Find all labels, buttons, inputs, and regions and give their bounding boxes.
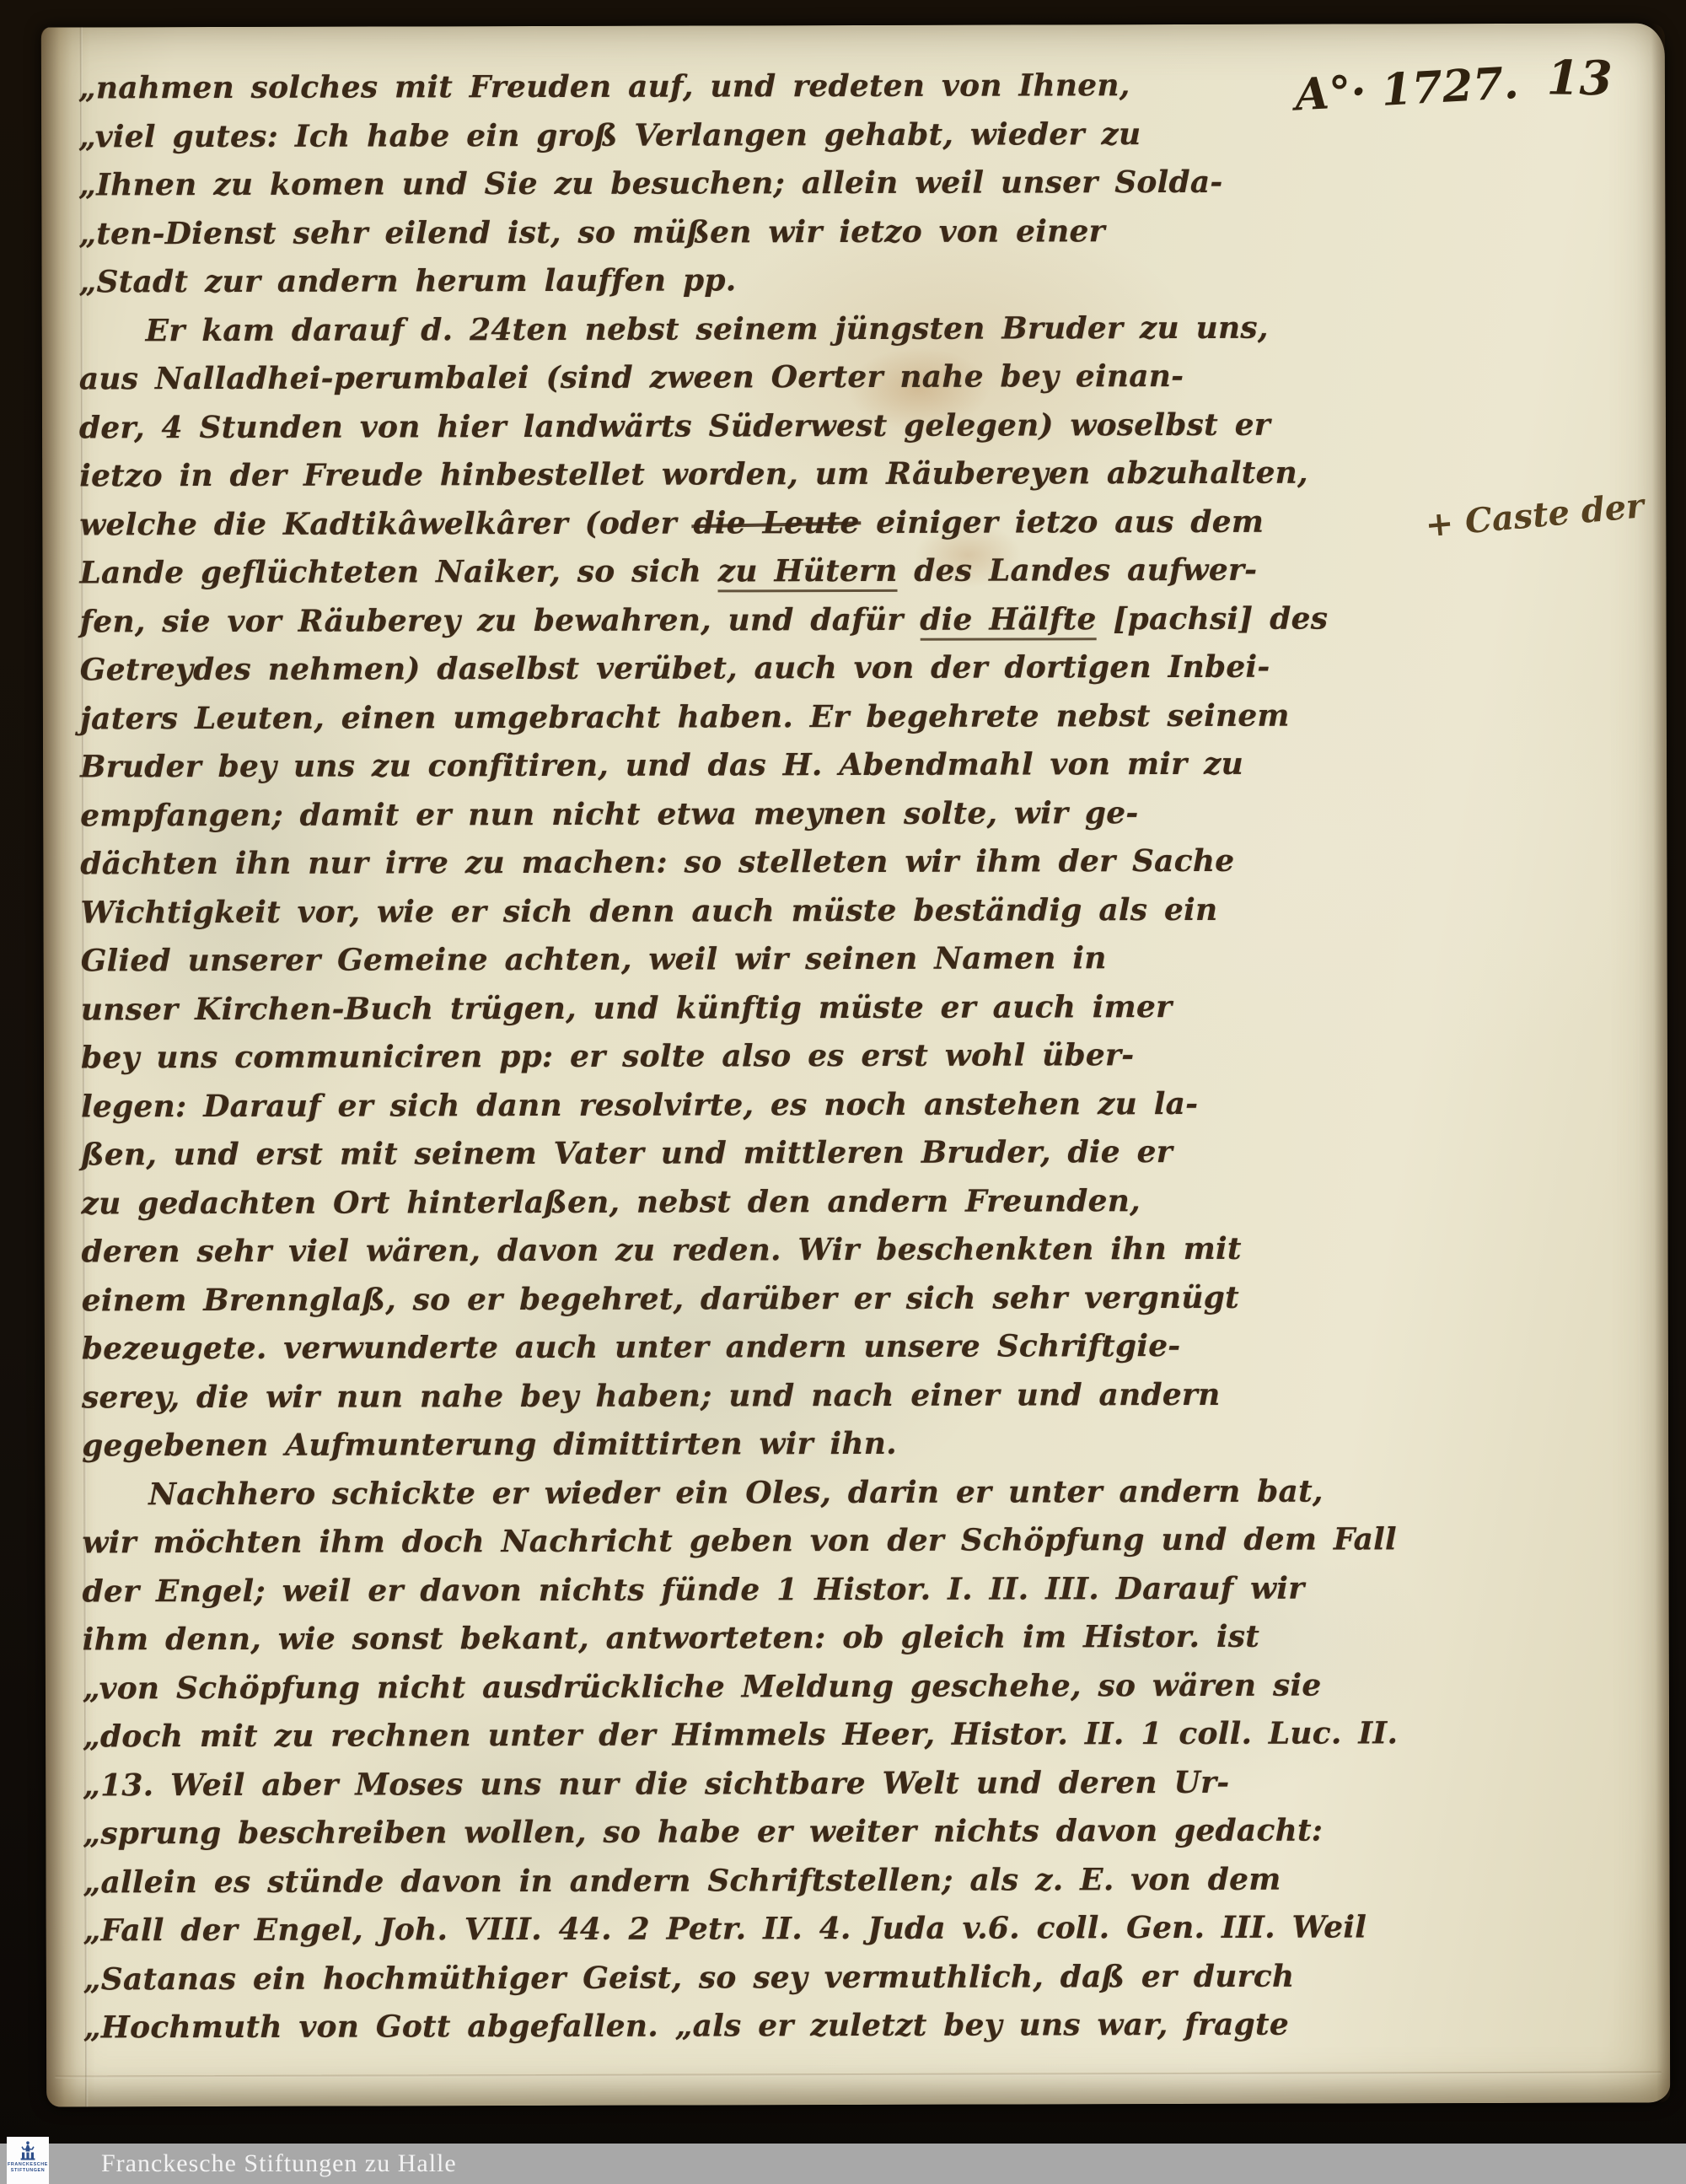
manuscript-line: serey, die wir nun nahe bey haben; und n… xyxy=(82,1370,1451,1423)
manuscript-line: der, 4 Stunden von hier landwärts Süderw… xyxy=(79,401,1448,453)
logo-line-2: STIFTUNGEN xyxy=(8,2168,48,2174)
manuscript-line: empfangen; damit er nun nicht etwa meyne… xyxy=(80,788,1449,841)
manuscript-line: Lande geflüchteten Naiker, so sich zu Hü… xyxy=(79,546,1448,598)
manuscript-line: ietzo in der Freude hinbestellet worden,… xyxy=(79,449,1448,501)
manuscript-line: „Hochmuth von Gott abgefallen. „als er z… xyxy=(83,2000,1452,2052)
footer-bar: Franckesche Stiftungen zu Halle FRANCKES… xyxy=(0,2144,1686,2184)
manuscript-line: bezeugete. verwunderte auch unter andern… xyxy=(82,1321,1451,1374)
institution-name: Franckesche Stiftungen zu Halle xyxy=(101,2149,457,2178)
manuscript-text: „nahmen solches mit Freuden auf, und red… xyxy=(78,61,1452,2052)
francke-monument-icon xyxy=(18,2140,38,2160)
manuscript-line: deren sehr viel wären, davon zu reden. W… xyxy=(82,1224,1451,1277)
paper-edge-shadow xyxy=(1651,23,1670,2102)
manuscript-line: „viel gutes: Ich habe ein groß Verlangen… xyxy=(78,110,1447,162)
manuscript-line: „nahmen solches mit Freuden auf, und red… xyxy=(78,61,1447,113)
manuscript-page: A°· 1727.13 „nahmen solches mit Freuden … xyxy=(41,23,1670,2106)
manuscript-line: „doch mit zu rechnen unter der Himmels H… xyxy=(83,1709,1452,1762)
logo-text: FRANCKESCHE STIFTUNGEN xyxy=(8,2162,48,2174)
manuscript-line: Er kam darauf d. 24ten nebst seinem jüng… xyxy=(79,304,1448,356)
manuscript-line: welche die Kadtikâwelkârer (oder die Leu… xyxy=(79,498,1448,550)
manuscript-line: Nachhero schickte er wieder ein Oles, da… xyxy=(82,1467,1451,1520)
manuscript-line: Wichtigkeit vor, wie er sich denn auch m… xyxy=(80,885,1449,938)
manuscript-line: jaters Leuten, einen umgebracht haben. E… xyxy=(80,691,1449,744)
logo-line-1: FRANCKESCHE xyxy=(8,2162,48,2168)
manuscript-line: „Satanas ein hochmüthiger Geist, so sey … xyxy=(83,1952,1452,2004)
margin-note: + Caste der xyxy=(1424,486,1646,545)
manuscript-line: „von Schöpfung nicht ausdrückliche Meldu… xyxy=(83,1661,1452,1713)
manuscript-line: bey uns communiciren pp: er solte also e… xyxy=(81,1030,1450,1083)
manuscript-line: ßen, und erst mit seinem Vater und mittl… xyxy=(81,1127,1450,1180)
manuscript-line: „sprung beschreiben wollen, so habe er w… xyxy=(83,1806,1452,1859)
page-number: 13 xyxy=(1546,50,1613,106)
scanned-manuscript-view: A°· 1727.13 „nahmen solches mit Freuden … xyxy=(0,0,1686,2184)
manuscript-line: unser Kirchen-Buch trügen, und künftig m… xyxy=(81,982,1450,1035)
manuscript-line: wir möchten ihm doch Nachricht geben von… xyxy=(82,1515,1451,1568)
manuscript-line: „Stadt zur andern herum lauffen pp. xyxy=(78,255,1447,307)
manuscript-line: Glied unserer Gemeine achten, weil wir s… xyxy=(81,933,1450,986)
manuscript-line: „13. Weil aber Moses uns nur die sichtba… xyxy=(83,1758,1452,1810)
manuscript-line: einem Brennglaß, so er begehret, darüber… xyxy=(82,1273,1451,1326)
manuscript-line: ihm denn, wie sonst bekant, antworteten:… xyxy=(83,1612,1452,1665)
manuscript-line: gegebenen Aufmunterung dimittirten wir i… xyxy=(82,1418,1451,1471)
manuscript-line: „Ihnen zu komen und Sie zu besuchen; all… xyxy=(78,158,1447,210)
manuscript-line: der Engel; weil er davon nichts fünde 1 … xyxy=(83,1564,1452,1616)
bottom-crease xyxy=(55,2072,1662,2079)
manuscript-line: legen: Darauf er sich dann resolvirte, e… xyxy=(81,1079,1450,1132)
franckesche-stiftungen-logo: FRANCKESCHE STIFTUNGEN xyxy=(7,2137,49,2184)
manuscript-line: „ten-Dienst sehr eilend ist, so müßen wi… xyxy=(78,207,1447,259)
manuscript-line: Getreydes nehmen) daselbst verübet, auch… xyxy=(80,643,1449,695)
manuscript-line: „allein es stünde davon in andern Schrif… xyxy=(83,1855,1452,1907)
manuscript-line: dächten ihn nur irre zu machen: so stell… xyxy=(80,836,1449,889)
manuscript-line: zu gedachten Ort hinterlaßen, nebst den … xyxy=(81,1176,1450,1229)
manuscript-line: Bruder bey uns zu confitiren, und das H.… xyxy=(80,740,1449,792)
manuscript-line: „Fall der Engel, Joh. VIII. 44. 2 Petr. … xyxy=(83,1903,1452,1955)
manuscript-line: aus Nalladhei-perumbalei (sind zween Oer… xyxy=(79,352,1448,404)
manuscript-line: fen, sie vor Räuberey zu bewahren, und d… xyxy=(80,594,1449,647)
